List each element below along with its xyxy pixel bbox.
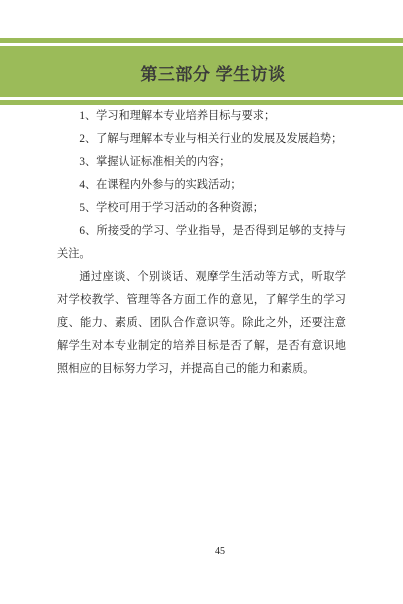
text-line: 对学校教学、管理等各方面工作的意见，了解学生的学习态 <box>57 289 346 312</box>
text-line: 度、能力、素质、团队合作意识等。除此之外，还要注意了 <box>57 312 346 335</box>
header-rule-top <box>0 38 403 43</box>
text-line: 2、了解与理解本专业与相关行业的发展及发展趋势； <box>57 128 346 151</box>
section-title: 第三部分 学生访谈 <box>140 58 285 85</box>
text-line: 解学生对本专业制定的培养目标是否了解，是否有意识地按 <box>57 335 346 358</box>
section-header-band: 第三部分 学生访谈 <box>0 46 403 97</box>
text-line: 1、学习和理解本专业培养目标与要求； <box>57 105 346 128</box>
document-page: { "header": { "title": "第三部分 学生访谈", "ban… <box>0 0 403 604</box>
text-line: 4、在课程内外参与的实践活动； <box>57 174 346 197</box>
text-line: 5、学校可用于学习活动的各种资源； <box>57 197 346 220</box>
body-text: 1、学习和理解本专业培养目标与要求；2、了解与理解本专业与相关行业的发展及发展趋… <box>57 105 346 381</box>
text-line: 通过座谈、个别谈话、观摩学生活动等方式，听取学生 <box>57 266 346 289</box>
text-line: 3、掌握认证标准相关的内容； <box>57 151 346 174</box>
text-line: 照相应的目标努力学习，并提高自己的能力和素质。 <box>57 358 346 381</box>
page-number: 45 <box>0 546 403 557</box>
text-line: 关注。 <box>57 243 346 266</box>
text-line: 6、所接受的学习、学业指导，是否得到足够的支持与 <box>57 220 346 243</box>
